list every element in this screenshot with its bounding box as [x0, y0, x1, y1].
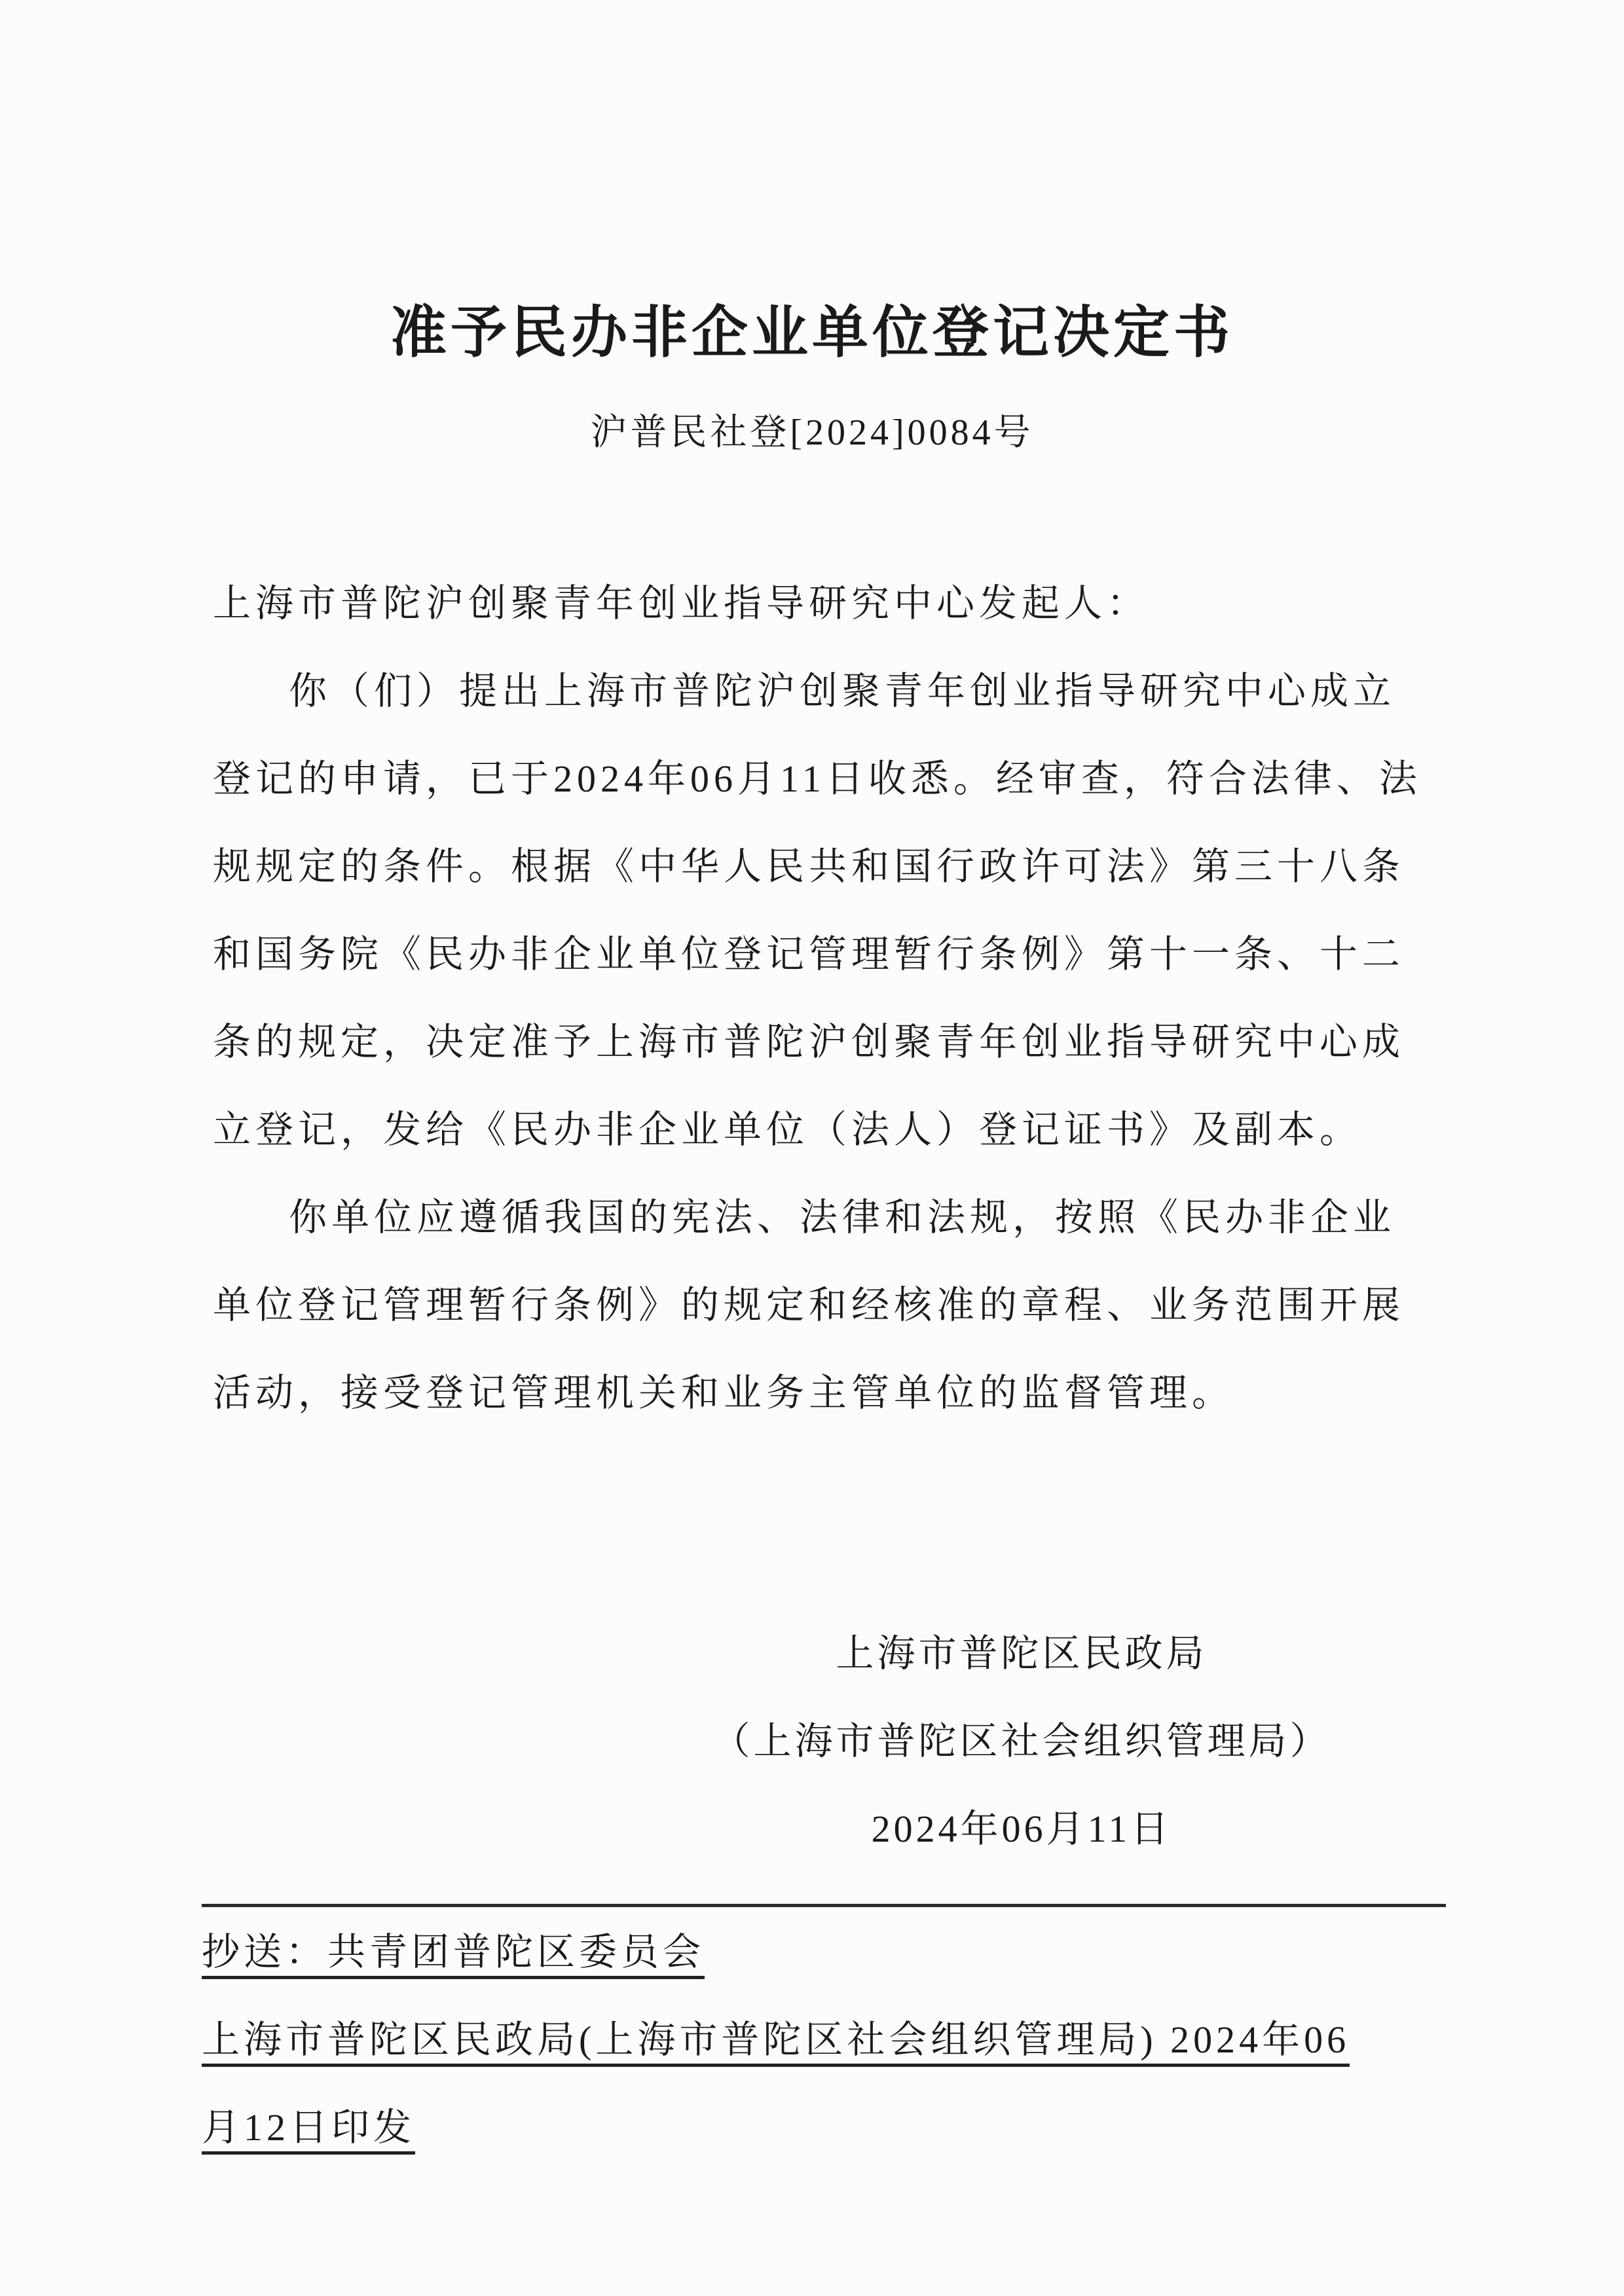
- body-line: 你单位应遵循我国的宪法、法律和法规，按照《民办非企业: [213, 1174, 1446, 1262]
- signature-date: 2024年06月11日: [210, 1785, 1624, 1873]
- issuer-line: 上海市普陀区民政局(上海市普陀区社会组织管理局) 2024年06: [202, 2018, 1350, 2067]
- issue-date-row: 月12日印发: [202, 2084, 1446, 2172]
- cc-row: 抄送：共青团普陀区委员会: [202, 1908, 1446, 1996]
- body-line: 立登记，发给《民办非企业单位（法人）登记证书》及副本。: [213, 1086, 1446, 1174]
- body-line: 条的规定，决定准予上海市普陀沪创聚青年创业指导研究中心成: [213, 998, 1446, 1086]
- document-page: 准予民办非企业单位登记决定书 沪普民社登[2024]0084号 上海市普陀沪创聚…: [0, 0, 1624, 2296]
- issue-date-line: 月12日印发: [202, 2106, 415, 2155]
- signature-block: 上海市普陀区民政局 （上海市普陀区社会组织管理局） 2024年06月11日: [210, 1610, 1624, 1873]
- document-body: 上海市普陀沪创聚青年创业指导研究中心发起人： 你（们）提出上海市普陀沪创聚青年创…: [213, 560, 1446, 1437]
- cc-line: 抄送：共青团普陀区委员会: [202, 1931, 705, 1979]
- document-title: 准予民办非企业单位登记决定书: [0, 287, 1624, 368]
- signature-agency-alt: （上海市普陀区社会组织管理局）: [210, 1698, 1624, 1785]
- body-line: 上海市普陀沪创聚青年创业指导研究中心发起人：: [213, 560, 1446, 647]
- divider-line: [202, 1904, 1446, 1907]
- document-number: 沪普民社登[2024]0084号: [0, 403, 1624, 456]
- body-line: 活动，接受登记管理机关和业务主管单位的监督管理。: [213, 1349, 1446, 1437]
- body-line: 和国务院《民办非企业单位登记管理暂行条例》第十一条、十二: [213, 911, 1446, 998]
- issuer-row: 上海市普陀区民政局(上海市普陀区社会组织管理局) 2024年06: [202, 1996, 1446, 2084]
- colophon-block: 抄送：共青团普陀区委员会 上海市普陀区民政局(上海市普陀区社会组织管理局) 20…: [202, 1904, 1446, 2172]
- signature-agency: 上海市普陀区民政局: [210, 1610, 1624, 1698]
- body-line: 规规定的条件。根据《中华人民共和国行政许可法》第三十八条: [213, 823, 1446, 911]
- body-line: 单位登记管理暂行条例》的规定和经核准的章程、业务范围开展: [213, 1262, 1446, 1349]
- body-line: 你（们）提出上海市普陀沪创聚青年创业指导研究中心成立: [213, 647, 1446, 735]
- body-line: 登记的申请，已于2024年06月11日收悉。经审查，符合法律、法: [213, 735, 1446, 823]
